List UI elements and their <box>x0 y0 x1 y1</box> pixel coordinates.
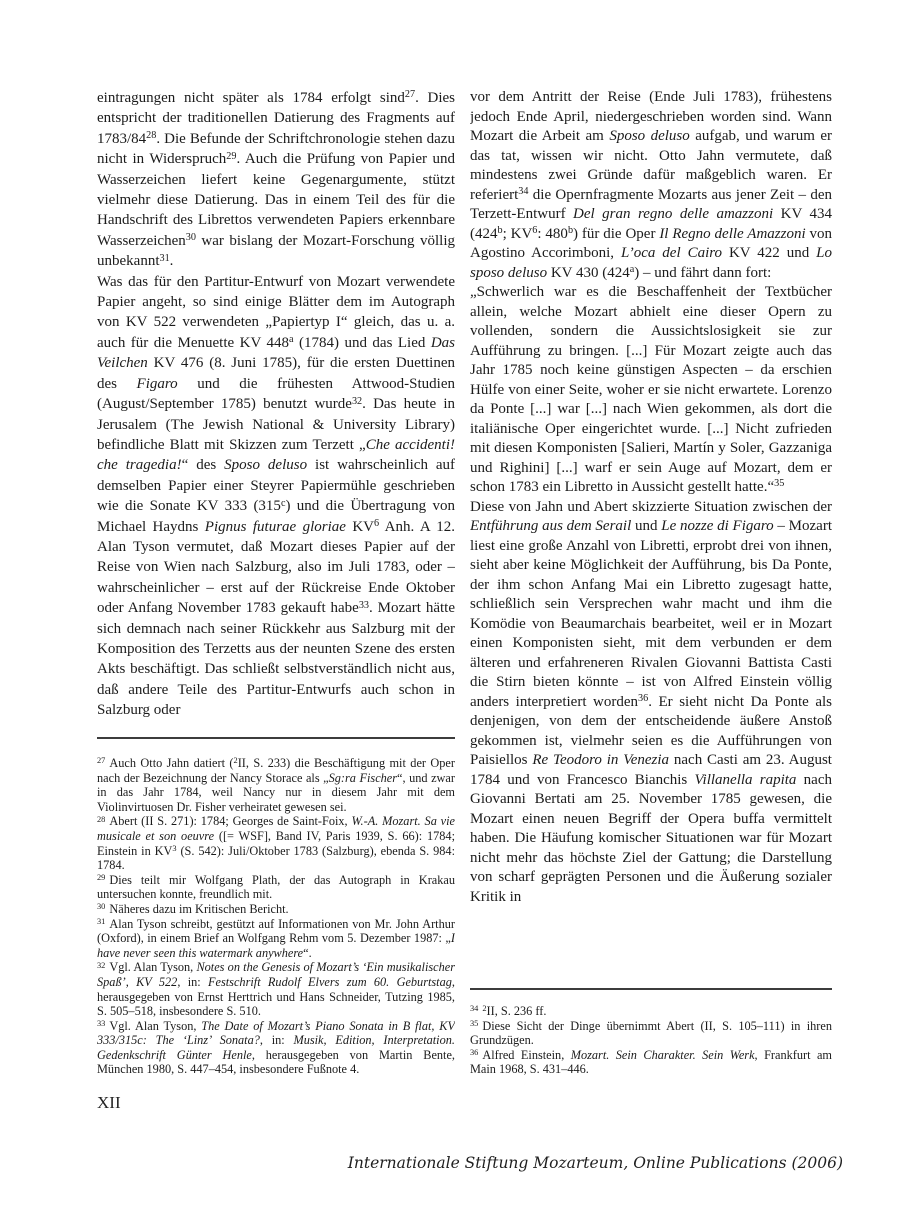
text-segment: „Schwerlich war es die Beschaffenheit de… <box>470 284 832 495</box>
text-segment: eintragungen nicht später als 1784 erfol… <box>97 90 405 106</box>
text-segment: Mozart. Sein Charakter. Sein Werk <box>571 1048 755 1062</box>
quote-paragraph: „Schwerlich war es die Beschaffenheit de… <box>470 283 832 498</box>
footnote-31: 31Alan Tyson schreibt, gestützt auf Info… <box>97 917 455 961</box>
text-segment: Alan Tyson schreibt, gestützt auf Inform… <box>97 917 455 946</box>
footnote-34: 342II, S. 236 ff. <box>470 1004 832 1019</box>
superscript-reference: 2 <box>234 756 238 765</box>
footnote-marker: 32 <box>97 961 105 970</box>
left-footnotes-block: 27Auch Otto Jahn datiert (2II, S. 233) d… <box>97 756 455 1077</box>
superscript-reference: a <box>289 334 294 345</box>
text-segment: (1784) und das Lied <box>294 335 431 351</box>
text-segment: II, S. 236 ff. <box>487 1004 547 1018</box>
superscript-reference: 30 <box>186 232 196 243</box>
superscript-reference: 31 <box>159 253 169 264</box>
text-segment: Diese von Jahn und Abert skizzierte Situ… <box>470 499 832 515</box>
text-segment: – Mozart liest eine große Anzahl von Lib… <box>470 518 832 710</box>
text-segment: Re Teodoro in Venezia <box>532 752 669 768</box>
text-segment: Dies teilt mir Wolfgang Plath, der das A… <box>97 873 455 902</box>
superscript-reference: 28 <box>146 130 156 141</box>
text-segment: Näheres dazu im Kritischen Bericht. <box>109 902 288 916</box>
left-text-column: eintragungen nicht später als 1784 erfol… <box>97 88 455 721</box>
text-segment: Auch Otto Jahn datiert ( <box>109 756 233 770</box>
text-segment: Sg:ra Fischer <box>329 771 397 785</box>
text-segment: ) für die Oper <box>573 226 659 242</box>
text-segment: Villanella rapita <box>694 772 796 788</box>
text-segment: Festschrift Rudolf Elvers zum 60. Geburt… <box>208 975 452 989</box>
text-segment: nach Giovanni Bertati am 25. November 17… <box>470 772 832 905</box>
right-footnotes-block: 342II, S. 236 ff.35Diese Sicht der Dinge… <box>470 1004 832 1077</box>
text-segment: “ des <box>182 457 225 473</box>
footnote-separator-rule <box>470 988 832 990</box>
superscript-reference: 35 <box>774 478 784 489</box>
superscript-reference: b <box>568 225 573 236</box>
footnote-marker: 30 <box>97 902 105 911</box>
page-number: XII <box>97 1093 121 1113</box>
footnote-marker: 34 <box>470 1004 478 1013</box>
superscript-reference: 2 <box>482 1004 486 1013</box>
paragraph: vor dem Antritt der Reise (Ende Juli 178… <box>470 88 832 283</box>
text-segment: Il Regno delle Amazzoni <box>659 226 805 242</box>
text-segment: Del gran regno delle amazzoni <box>573 206 773 222</box>
text-segment: Vgl. Alan Tyson, <box>109 960 196 974</box>
text-segment: L’oca del Cairo <box>621 245 722 261</box>
footnote-marker: 33 <box>97 1019 105 1028</box>
footnote-marker: 28 <box>97 815 105 824</box>
superscript-reference: 29 <box>226 151 236 162</box>
text-segment: Abert (II S. 271): 1784; Georges de Sain… <box>109 814 351 828</box>
footnote-separator-rule <box>97 737 455 739</box>
footnote-27: 27Auch Otto Jahn datiert (2II, S. 233) d… <box>97 756 455 814</box>
text-segment: ) – und fährt dann fort: <box>634 265 771 281</box>
text-segment: ; KV <box>503 226 533 242</box>
superscript-reference: 6 <box>532 225 537 236</box>
superscript-reference: 36 <box>638 693 648 704</box>
footnote-29: 29Dies teilt mir Wolfgang Plath, der das… <box>97 873 455 902</box>
footnote-marker: 29 <box>97 873 105 882</box>
footnote-35: 35Diese Sicht der Dinge übernimmt Abert … <box>470 1019 832 1048</box>
text-segment: : 480 <box>537 226 568 242</box>
superscript-reference: 27 <box>405 89 415 100</box>
footnote-marker: 27 <box>97 756 105 765</box>
text-segment: Pignus futurae gloriae <box>205 519 346 535</box>
superscript-reference: 3 <box>172 844 176 853</box>
text-segment: “. <box>303 946 312 960</box>
superscript-reference: a <box>630 264 635 275</box>
footnote-28: 28Abert (II S. 271): 1784; Georges de Sa… <box>97 814 455 872</box>
text-segment: Vgl. Alan Tyson, <box>109 1019 201 1033</box>
footnote-33: 33Vgl. Alan Tyson, The Date of Mozart’s … <box>97 1019 455 1077</box>
text-segment: KV 422 und <box>722 245 816 261</box>
text-segment: Entführung aus dem Serail <box>470 518 631 534</box>
text-segment: Alfred Einstein, <box>482 1048 570 1062</box>
footnote-30: 30Näheres dazu im Kritischen Bericht. <box>97 902 455 917</box>
paragraph: Was das für den Partitur-Entwurf von Moz… <box>97 272 455 721</box>
text-segment: Sposo deluso <box>609 128 689 144</box>
superscript-reference: 6 <box>374 518 379 529</box>
text-segment: KV <box>346 519 374 535</box>
superscript-reference: c <box>281 498 286 509</box>
superscript-reference: 32 <box>352 396 362 407</box>
text-segment: Diese Sicht der Dinge übernimmt Abert (I… <box>470 1019 832 1048</box>
text-segment: und <box>631 518 661 534</box>
text-segment: . <box>170 253 174 269</box>
paragraph: eintragungen nicht später als 1784 erfol… <box>97 88 455 272</box>
paragraph: Diese von Jahn und Abert skizzierte Situ… <box>470 498 832 908</box>
superscript-reference: 34 <box>518 186 528 197</box>
text-segment: Sposo deluso <box>224 457 307 473</box>
footnote-marker: 36 <box>470 1048 478 1057</box>
footnote-marker: 35 <box>470 1019 478 1028</box>
footnote-marker: 31 <box>97 917 105 926</box>
text-segment: , in: <box>260 1033 294 1047</box>
footnote-32: 32Vgl. Alan Tyson, Notes on the Genesis … <box>97 960 455 1018</box>
scanned-document-page: eintragungen nicht später als 1784 erfol… <box>0 0 900 1225</box>
superscript-reference: b <box>498 225 503 236</box>
text-segment: , in: <box>177 975 208 989</box>
text-segment: Le nozze di Figaro <box>661 518 773 534</box>
text-segment: Figaro <box>137 376 178 392</box>
right-text-column: vor dem Antritt der Reise (Ende Juli 178… <box>470 88 832 907</box>
text-segment: KV 430 (424 <box>547 265 630 281</box>
superscript-reference: 33 <box>359 600 369 611</box>
footnote-36: 36Alfred Einstein, Mozart. Sein Charakte… <box>470 1048 832 1077</box>
footer-credit: Internationale Stiftung Mozarteum, Onlin… <box>348 1154 843 1172</box>
text-segment: . Mozart hätte sich demnach nach seiner … <box>97 600 455 718</box>
